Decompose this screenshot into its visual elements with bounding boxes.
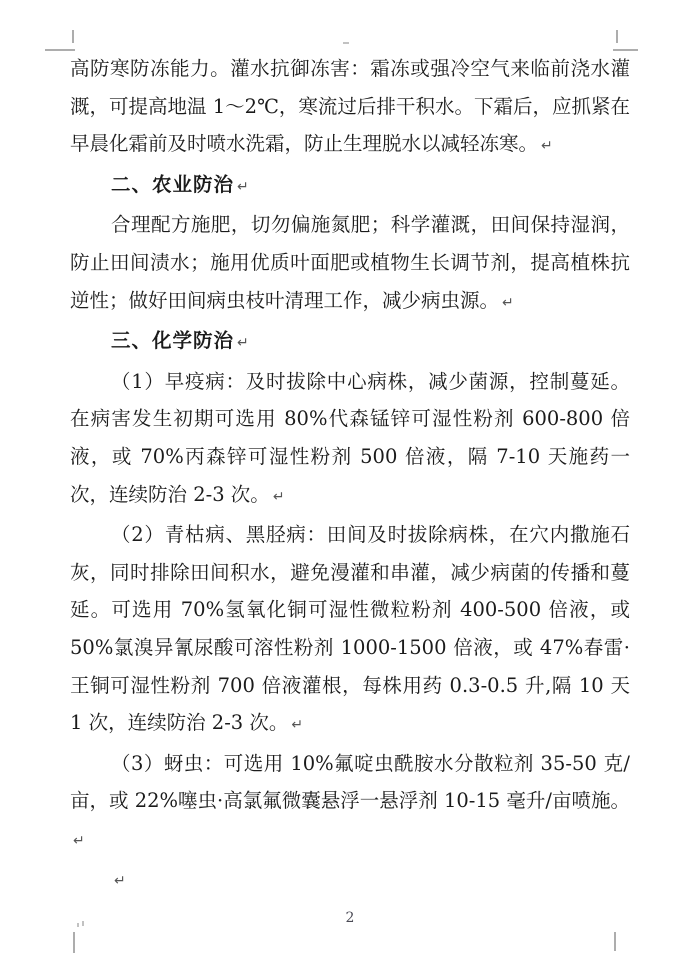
paragraph-text: （2）青枯病、黑胫病：田间及时拔除病株，在穴内撒施石灰，同时排除田间积水，避免漫… (70, 523, 630, 734)
margin-mark-bottom-left-vertical (73, 932, 75, 953)
document-page: 高防寒防冻能力。灌水抗御冻害：霜冻或强冷空气来临前浇水灌溉，可提高地温 1～2℃… (0, 0, 700, 964)
paragraph-bacterial-wilt-blackleg: （2）青枯病、黑胫病：田间及时拔除病株，在穴内撒施石灰，同时排除田间积水，避免漫… (70, 516, 630, 745)
paragraph-agricultural-measures: 合理配方施肥，切勿偏施氮肥；科学灌溉，田间保持湿润，防止田间渍水；施用优质叶面肥… (70, 206, 630, 322)
paragraph-return-mark: ↵ (541, 138, 553, 154)
paragraph-return-mark: ↵ (114, 873, 126, 889)
section-heading-agricultural-control: 二、农业防治↵ (70, 166, 630, 207)
paragraph-aphids: （3）蚜虫：可选用 10%氟啶虫酰胺水分散粒剂 35-50 克/亩，或 22%噻… (70, 745, 630, 861)
margin-mark-bottom-right-vertical (614, 932, 616, 951)
paragraph-return-mark: ↵ (237, 335, 249, 351)
scan-speck-top (343, 42, 349, 44)
paragraph-return-mark: ↵ (73, 833, 85, 849)
paragraph-text: （3）蚜虫：可选用 10%氟啶虫酰胺水分散粒剂 35-50 克/亩，或 22%噻… (70, 752, 630, 813)
paragraph-empty: ↵ (70, 860, 630, 901)
paragraph-return-mark: ↵ (273, 489, 285, 505)
paragraph-text: （1）早疫病：及时拔除中心病株，减少菌源，控制蔓延。在病害发生初期可选用 80%… (70, 370, 630, 506)
paragraph-return-mark: ↵ (237, 179, 249, 195)
paragraph-return-mark: ↵ (291, 717, 303, 733)
paragraph-frost-protection: 高防寒防冻能力。灌水抗御冻害：霜冻或强冷空气来临前浇水灌溉，可提高地温 1～2℃… (70, 50, 630, 166)
paragraph-return-mark: ↵ (502, 295, 514, 311)
heading-text: 二、农业防治 (111, 173, 234, 196)
heading-text: 三、化学防治 (111, 329, 234, 352)
footer: 2 (0, 908, 700, 928)
paragraph-early-blight: （1）早疫病：及时拔除中心病株，减少菌源，控制蔓延。在病害发生初期可选用 80%… (70, 363, 630, 516)
margin-mark-top-right-vertical (616, 30, 618, 43)
page-number: 2 (346, 910, 355, 926)
document-body: 高防寒防冻能力。灌水抗御冻害：霜冻或强冷空气来临前浇水灌溉，可提高地温 1～2℃… (70, 50, 630, 901)
margin-mark-top-left-vertical (72, 30, 74, 43)
paragraph-text: 合理配方施肥，切勿偏施氮肥；科学灌溉，田间保持湿润，防止田间渍水；施用优质叶面肥… (70, 213, 630, 311)
section-heading-chemical-control: 三、化学防治↵ (70, 322, 630, 363)
